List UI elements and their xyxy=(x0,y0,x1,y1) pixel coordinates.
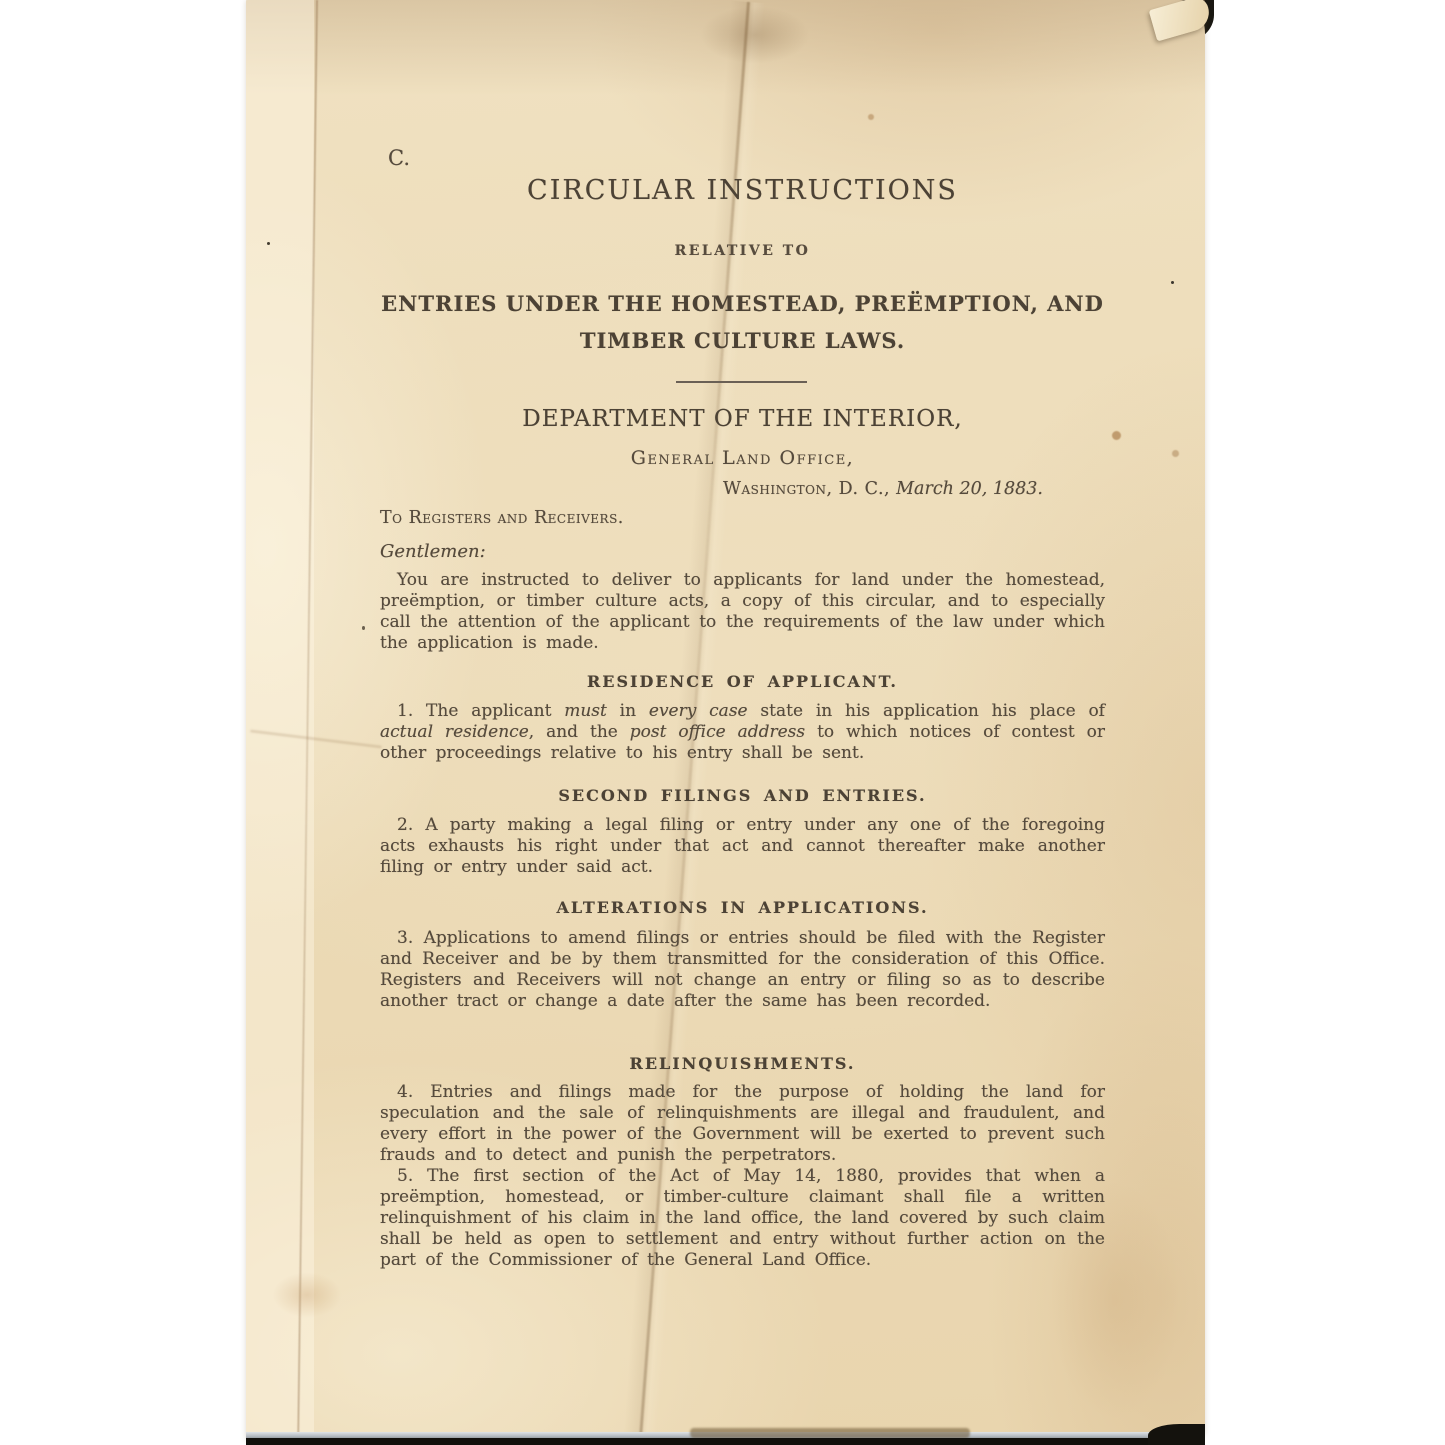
dateline-place: Washington, D. C., xyxy=(723,479,896,499)
intro-paragraph: You are instructed to deliver to applica… xyxy=(380,570,1105,654)
section-heading-relinquishments: RELINQUISHMENTS. xyxy=(380,1054,1105,1073)
section-heading-second-filings: SECOND FILINGS AND ENTRIES. xyxy=(380,786,1105,805)
salutation-greeting: Gentlemen: xyxy=(380,541,486,562)
ink-speck-1 xyxy=(267,242,270,245)
paper-stain-3 xyxy=(272,1272,342,1318)
section-heading-alterations: ALTERATIONS IN APPLICATIONS. xyxy=(380,898,1105,917)
office-heading: General Land Office, xyxy=(380,447,1105,469)
scan-bottom-brown-smear xyxy=(690,1428,970,1438)
scan-canvas: C. CIRCULAR INSTRUCTIONS RELATIVE TO ENT… xyxy=(0,0,1445,1445)
ink-speck-3 xyxy=(362,626,365,630)
subject-line-2: TIMBER CULTURE LAWS. xyxy=(380,328,1105,353)
document-title: CIRCULAR INSTRUCTIONS xyxy=(380,175,1105,206)
paper-top-crease-dip xyxy=(700,6,810,64)
paper-stain-2 xyxy=(868,114,874,120)
section-heading-residence: RESIDENCE OF APPLICANT. xyxy=(380,672,1105,691)
paper-stain-4 xyxy=(1172,450,1179,457)
salutation-to: To Registers and Receivers. xyxy=(380,508,624,528)
section-paragraph-relinquishments-5: 5. The first section of the Act of May 1… xyxy=(380,1166,1105,1271)
paper-stain-1 xyxy=(1112,431,1121,440)
department-heading: DEPARTMENT OF THE INTERIOR, xyxy=(380,406,1105,432)
relative-to-label: RELATIVE TO xyxy=(380,243,1105,259)
page-corner-mark: C. xyxy=(388,146,410,170)
dateline: Washington, D. C., March 20, 1883. xyxy=(380,479,1105,499)
section-paragraphs-relinquishments: 4. Entries and filings made for the purp… xyxy=(380,1082,1105,1271)
section-paragraph-alterations: 3. Applications to amend filings or entr… xyxy=(380,928,1105,1012)
ink-speck-2 xyxy=(1171,281,1174,284)
section-paragraph-relinquishments-4: 4. Entries and filings made for the purp… xyxy=(380,1082,1105,1166)
subject-line-1: ENTRIES UNDER THE HOMESTEAD, PREËMPTION,… xyxy=(380,291,1105,316)
scan-edge-bottom xyxy=(246,1438,1205,1445)
paper-fold-left-strip xyxy=(246,0,314,1440)
dateline-date: March 20, 1883. xyxy=(896,479,1043,499)
scan-corner-bottom-right xyxy=(1148,1424,1205,1445)
section-paragraph-residence: 1. The applicant must in every case stat… xyxy=(380,701,1105,764)
title-divider-rule xyxy=(676,381,807,383)
section-paragraph-second-filings: 2. A party making a legal filing or entr… xyxy=(380,815,1105,878)
